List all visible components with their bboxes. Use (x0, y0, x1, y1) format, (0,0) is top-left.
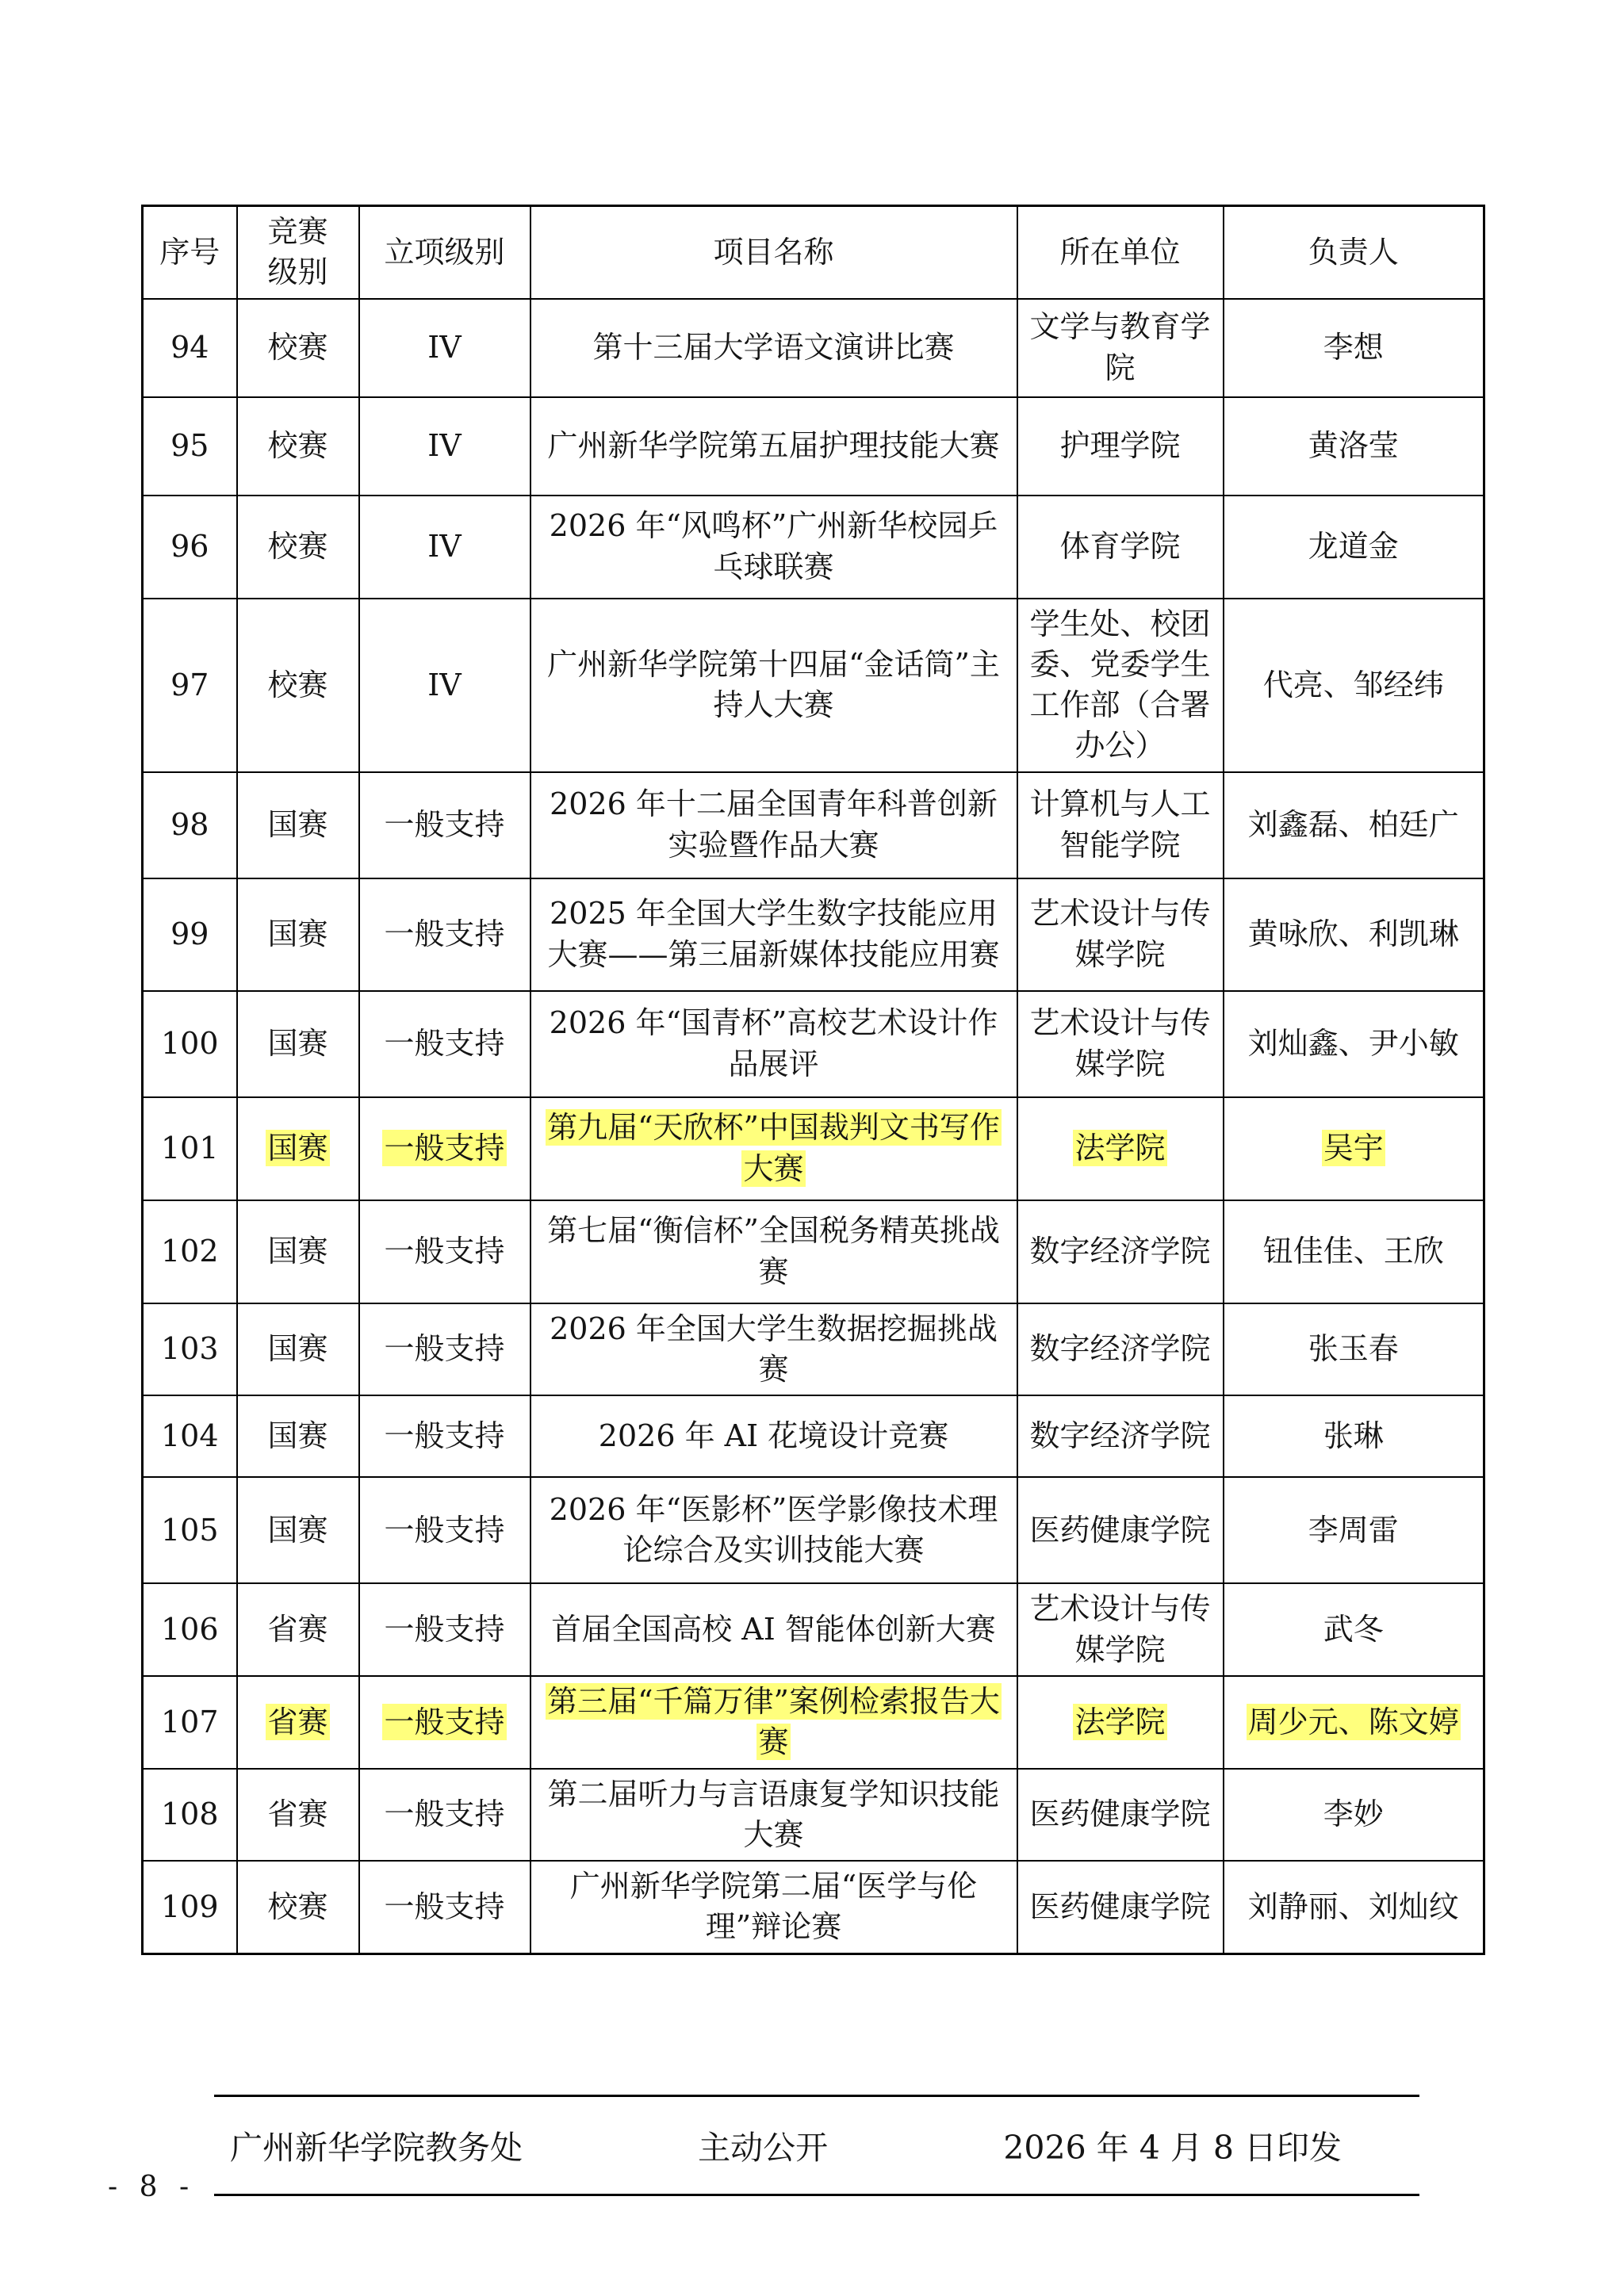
footer-issuer: 广州新华学院教务处 (230, 2122, 523, 2168)
row-person: 钮佳佳、王欣 (1262, 1233, 1446, 1269)
row-level: 省赛 (266, 1796, 329, 1832)
document-page: 序号 竞赛 级别 立项级别 项目名称 所在单位 负责人 94 校赛 IV 第十三… (0, 0, 1624, 2296)
table-row: 95 校赛 IV 广州新华学院第五届护理技能大赛 护理学院 黄洛莹 (143, 397, 1484, 496)
footer-date: 2026 年 4 月 8 日印发 (1003, 2122, 1342, 2168)
cell-name: 2026 年“风鸣杯”广州新华校园乒乓球联赛 (530, 496, 1017, 599)
row-grade: 一般支持 (382, 1512, 506, 1548)
row-level: 国赛 (266, 916, 329, 952)
row-unit: 护理学院 (1058, 427, 1182, 464)
row-no: 105 (159, 1512, 220, 1548)
row-grade: 一般支持 (382, 1130, 506, 1166)
row-unit: 文学与教育学院 (1028, 308, 1212, 385)
cell-level: 校赛 (237, 599, 359, 772)
cell-unit: 数字经济学院 (1017, 1395, 1224, 1477)
table-row: 96 校赛 IV 2026 年“风鸣杯”广州新华校园乒乓球联赛 体育学院 龙道金 (143, 496, 1484, 599)
row-grade: IV (426, 329, 462, 365)
document-body: 序号 竞赛 级别 立项级别 项目名称 所在单位 负责人 94 校赛 IV 第十三… (141, 205, 1483, 2196)
row-no: 101 (159, 1130, 220, 1166)
row-grade: 一般支持 (382, 806, 506, 843)
cell-name: 广州新华学院第二届“医学与伦理”辩论赛 (530, 1861, 1017, 1954)
row-unit: 法学院 (1073, 1130, 1166, 1166)
row-level: 省赛 (266, 1704, 329, 1740)
cell-unit: 体育学院 (1017, 496, 1224, 599)
row-no: 95 (169, 427, 210, 464)
row-no: 97 (169, 667, 210, 703)
row-person: 武冬 (1322, 1611, 1385, 1647)
cell-grade: IV (359, 599, 530, 772)
cell-level: 省赛 (237, 1676, 359, 1769)
cell-level: 省赛 (237, 1583, 359, 1676)
cell-level: 国赛 (237, 1477, 359, 1583)
row-no: 96 (169, 528, 210, 564)
cell-name: 2026 年 AI 花境设计竞赛 (530, 1395, 1017, 1477)
cell-name: 2026 年“医影杯”医学影像技术理论综合及实训技能大赛 (530, 1477, 1017, 1583)
cell-name: 2026 年十二届全国青年科普创新实验暨作品大赛 (530, 772, 1017, 878)
row-name: 首届全国高校 AI 智能体创新大赛 (550, 1611, 998, 1647)
row-unit: 计算机与人工智能学院 (1028, 786, 1212, 863)
row-name: 2026 年十二届全国青年科普创新实验暨作品大赛 (548, 786, 999, 863)
row-grade: IV (426, 528, 462, 564)
row-unit: 医药健康学院 (1028, 1888, 1212, 1925)
row-name: 广州新华学院第五届护理技能大赛 (546, 427, 1001, 464)
cell-unit: 艺术设计与传媒学院 (1017, 991, 1224, 1097)
cell-unit: 文学与教育学院 (1017, 299, 1224, 397)
col-header-person-label: 负责人 (1307, 234, 1400, 270)
row-person: 张玉春 (1307, 1330, 1400, 1367)
table-row: 106 省赛 一般支持 首届全国高校 AI 智能体创新大赛 艺术设计与传媒学院 … (143, 1583, 1484, 1676)
row-no: 100 (159, 1025, 220, 1062)
cell-name: 2026 年全国大学生数据挖掘挑战赛 (530, 1303, 1017, 1396)
row-grade: IV (426, 427, 462, 464)
table-row: 98 国赛 一般支持 2026 年十二届全国青年科普创新实验暨作品大赛 计算机与… (143, 772, 1484, 878)
row-no: 107 (159, 1704, 220, 1740)
cell-grade: 一般支持 (359, 991, 530, 1097)
cell-name: 2026 年“国青杯”高校艺术设计作品展评 (530, 991, 1017, 1097)
cell-unit: 数字经济学院 (1017, 1200, 1224, 1303)
cell-person: 吴宇 (1224, 1097, 1484, 1200)
row-person: 李周雷 (1307, 1512, 1400, 1548)
row-level: 校赛 (266, 329, 329, 365)
row-person: 代亮、邹经纬 (1262, 667, 1446, 703)
row-unit: 数字经济学院 (1028, 1233, 1212, 1269)
row-person: 吴宇 (1322, 1130, 1385, 1166)
cell-no: 108 (143, 1769, 237, 1862)
cell-grade: 一般支持 (359, 1303, 530, 1396)
cell-unit: 艺术设计与传媒学院 (1017, 1583, 1224, 1676)
cell-no: 102 (143, 1200, 237, 1303)
row-grade: 一般支持 (382, 1888, 506, 1925)
col-header-name-label: 项目名称 (711, 234, 835, 270)
row-person: 刘鑫磊、柏廷广 (1247, 806, 1461, 843)
row-grade: IV (426, 667, 462, 703)
table-row: 105 国赛 一般支持 2026 年“医影杯”医学影像技术理论综合及实训技能大赛… (143, 1477, 1484, 1583)
cell-name: 第九届“天欣杯”中国裁判文书写作大赛 (530, 1097, 1017, 1200)
cell-level: 国赛 (237, 1395, 359, 1477)
header-row: 序号 竞赛 级别 立项级别 项目名称 所在单位 负责人 (143, 206, 1484, 299)
cell-no: 101 (143, 1097, 237, 1200)
row-no: 98 (169, 806, 210, 843)
cell-no: 109 (143, 1861, 237, 1954)
row-name: 广州新华学院第十四届“金话筒”主持人大赛 (546, 646, 1002, 723)
row-person: 张琳 (1322, 1418, 1385, 1454)
cell-name: 广州新华学院第五届护理技能大赛 (530, 397, 1017, 496)
row-name: 第九届“天欣杯”中国裁判文书写作大赛 (546, 1109, 1002, 1186)
cell-level: 国赛 (237, 1200, 359, 1303)
cell-no: 97 (143, 599, 237, 772)
cell-person: 武冬 (1224, 1583, 1484, 1676)
row-unit: 体育学院 (1058, 528, 1182, 564)
row-no: 94 (169, 329, 210, 365)
row-unit: 医药健康学院 (1028, 1796, 1212, 1832)
row-person: 李妙 (1322, 1796, 1385, 1832)
row-grade: 一般支持 (382, 916, 506, 952)
row-person: 黄洛莹 (1307, 427, 1400, 464)
row-no: 99 (169, 916, 210, 952)
row-level: 校赛 (266, 1888, 329, 1925)
row-name: 2026 年 AI 花境设计竞赛 (597, 1418, 950, 1454)
table-row-highlighted: 107 省赛 一般支持 第三届“千篇万律”案例检索报告大赛 法学院 周少元、陈文… (143, 1676, 1484, 1769)
cell-name: 广州新华学院第十四届“金话筒”主持人大赛 (530, 599, 1017, 772)
row-name: 第十三届大学语文演讲比赛 (591, 329, 956, 365)
table-row: 103 国赛 一般支持 2026 年全国大学生数据挖掘挑战赛 数字经济学院 张玉… (143, 1303, 1484, 1396)
row-person: 龙道金 (1307, 528, 1400, 564)
cell-person: 李想 (1224, 299, 1484, 397)
row-level: 校赛 (266, 528, 329, 564)
row-person: 李想 (1322, 329, 1385, 365)
cell-person: 钮佳佳、王欣 (1224, 1200, 1484, 1303)
cell-grade: IV (359, 496, 530, 599)
cell-level: 省赛 (237, 1769, 359, 1862)
cell-level: 校赛 (237, 299, 359, 397)
table-row: 100 国赛 一般支持 2026 年“国青杯”高校艺术设计作品展评 艺术设计与传… (143, 991, 1484, 1097)
row-person: 刘静丽、刘灿纹 (1247, 1888, 1461, 1925)
cell-no: 96 (143, 496, 237, 599)
cell-person: 刘鑫磊、柏廷广 (1224, 772, 1484, 878)
row-person: 周少元、陈文婷 (1247, 1704, 1461, 1740)
col-header-no: 序号 (143, 206, 237, 299)
col-header-grade: 立项级别 (359, 206, 530, 299)
cell-unit: 医药健康学院 (1017, 1477, 1224, 1583)
cell-no: 98 (143, 772, 237, 878)
cell-unit: 艺术设计与传媒学院 (1017, 878, 1224, 991)
row-grade: 一般支持 (382, 1025, 506, 1062)
row-no: 103 (159, 1330, 220, 1367)
cell-grade: IV (359, 299, 530, 397)
table-body: 94 校赛 IV 第十三届大学语文演讲比赛 文学与教育学院 李想 95 校赛 I… (143, 299, 1484, 1954)
cell-no: 99 (143, 878, 237, 991)
cell-level: 校赛 (237, 1861, 359, 1954)
cell-grade: 一般支持 (359, 1395, 530, 1477)
col-header-name: 项目名称 (530, 206, 1017, 299)
row-name: 2026 年“风鸣杯”广州新华校园乒乓球联赛 (548, 507, 1000, 584)
row-name: 广州新华学院第二届“医学与伦理”辩论赛 (569, 1868, 979, 1945)
row-name: 第二届听力与言语康复学知识技能大赛 (546, 1776, 1001, 1853)
row-name: 第三届“千篇万律”案例检索报告大赛 (546, 1683, 1002, 1760)
cell-no: 106 (143, 1583, 237, 1676)
cell-name: 第三届“千篇万律”案例检索报告大赛 (530, 1676, 1017, 1769)
cell-grade: 一般支持 (359, 1200, 530, 1303)
col-header-grade-label: 立项级别 (382, 234, 506, 270)
cell-person: 龙道金 (1224, 496, 1484, 599)
row-grade: 一般支持 (382, 1330, 506, 1367)
cell-level: 国赛 (237, 1303, 359, 1396)
row-unit: 数字经济学院 (1028, 1330, 1212, 1367)
row-unit: 数字经济学院 (1028, 1418, 1212, 1454)
row-unit: 艺术设计与传媒学院 (1028, 895, 1212, 972)
cell-no: 100 (143, 991, 237, 1097)
page-number: - 8 - (108, 2171, 195, 2203)
row-no: 102 (159, 1233, 220, 1269)
table-row-highlighted: 101 国赛 一般支持 第九届“天欣杯”中国裁判文书写作大赛 法学院 吴宇 (143, 1097, 1484, 1200)
cell-no: 103 (143, 1303, 237, 1396)
table-row: 109 校赛 一般支持 广州新华学院第二届“医学与伦理”辩论赛 医药健康学院 刘… (143, 1861, 1484, 1954)
row-name: 2026 年“医影杯”医学影像技术理论综合及实训技能大赛 (548, 1491, 1000, 1568)
cell-grade: 一般支持 (359, 878, 530, 991)
table-row: 108 省赛 一般支持 第二届听力与言语康复学知识技能大赛 医药健康学院 李妙 (143, 1769, 1484, 1862)
row-level: 国赛 (266, 1418, 329, 1454)
cell-level: 国赛 (237, 772, 359, 878)
row-no: 108 (159, 1796, 220, 1832)
cell-grade: 一般支持 (359, 1769, 530, 1862)
cell-person: 李周雷 (1224, 1477, 1484, 1583)
row-name: 2026 年全国大学生数据挖掘挑战赛 (548, 1311, 999, 1387)
cell-name: 2025 年全国大学生数字技能应用大赛——第三届新媒体技能应用赛 (530, 878, 1017, 991)
row-unit: 法学院 (1073, 1704, 1166, 1740)
cell-person: 周少元、陈文婷 (1224, 1676, 1484, 1769)
cell-unit: 计算机与人工智能学院 (1017, 772, 1224, 878)
cell-grade: IV (359, 397, 530, 496)
row-name: 第七届“衡信杯”全国税务精英挑战赛 (546, 1212, 1002, 1289)
cell-grade: 一般支持 (359, 1097, 530, 1200)
cell-name: 首届全国高校 AI 智能体创新大赛 (530, 1583, 1017, 1676)
col-header-level-label: 竞赛 级别 (266, 213, 329, 290)
cell-no: 104 (143, 1395, 237, 1477)
col-header-unit: 所在单位 (1017, 206, 1224, 299)
cell-person: 黄洛莹 (1224, 397, 1484, 496)
projects-table: 序号 竞赛 级别 立项级别 项目名称 所在单位 负责人 94 校赛 IV 第十三… (141, 205, 1485, 1955)
cell-unit: 学生处、校团委、党委学生工作部（合署办公） (1017, 599, 1224, 772)
row-unit: 艺术设计与传媒学院 (1028, 1590, 1212, 1667)
cell-person: 张玉春 (1224, 1303, 1484, 1396)
row-level: 国赛 (266, 1233, 329, 1269)
cell-person: 刘静丽、刘灿纹 (1224, 1861, 1484, 1954)
row-level: 国赛 (266, 1512, 329, 1548)
row-grade: 一般支持 (382, 1611, 506, 1647)
row-name: 2025 年全国大学生数字技能应用大赛——第三届新媒体技能应用赛 (546, 895, 1001, 972)
cell-name: 第七届“衡信杯”全国税务精英挑战赛 (530, 1200, 1017, 1303)
footer-disclosure: 主动公开 (698, 2122, 828, 2168)
cell-no: 95 (143, 397, 237, 496)
cell-level: 校赛 (237, 397, 359, 496)
row-grade: 一般支持 (382, 1796, 506, 1832)
cell-person: 李妙 (1224, 1769, 1484, 1862)
row-level: 国赛 (266, 1330, 329, 1367)
cell-grade: 一般支持 (359, 772, 530, 878)
col-header-level: 竞赛 级别 (237, 206, 359, 299)
cell-grade: 一般支持 (359, 1477, 530, 1583)
table-row: 94 校赛 IV 第十三届大学语文演讲比赛 文学与教育学院 李想 (143, 299, 1484, 397)
issuance-footer: 广州新华学院教务处 主动公开 2026 年 4 月 8 日印发 (214, 2095, 1419, 2196)
row-person: 黄咏欣、利凯琳 (1247, 916, 1461, 952)
cell-level: 国赛 (237, 1097, 359, 1200)
cell-person: 张琳 (1224, 1395, 1484, 1477)
row-person: 刘灿鑫、尹小敏 (1247, 1025, 1461, 1062)
row-level: 校赛 (266, 427, 329, 464)
row-level: 省赛 (266, 1611, 329, 1647)
cell-level: 校赛 (237, 496, 359, 599)
cell-name: 第二届听力与言语康复学知识技能大赛 (530, 1769, 1017, 1862)
cell-no: 105 (143, 1477, 237, 1583)
cell-no: 107 (143, 1676, 237, 1769)
row-level: 国赛 (266, 1130, 329, 1166)
cell-unit: 护理学院 (1017, 397, 1224, 496)
cell-grade: 一般支持 (359, 1676, 530, 1769)
cell-unit: 数字经济学院 (1017, 1303, 1224, 1396)
row-level: 国赛 (266, 806, 329, 843)
table-row: 97 校赛 IV 广州新华学院第十四届“金话筒”主持人大赛 学生处、校团委、党委… (143, 599, 1484, 772)
row-grade: 一般支持 (382, 1418, 506, 1454)
row-no: 104 (159, 1418, 220, 1454)
row-name: 2026 年“国青杯”高校艺术设计作品展评 (548, 1004, 1000, 1081)
cell-unit: 法学院 (1017, 1097, 1224, 1200)
col-header-person: 负责人 (1224, 206, 1484, 299)
row-unit: 艺术设计与传媒学院 (1028, 1004, 1212, 1081)
row-no: 109 (159, 1888, 220, 1925)
cell-unit: 医药健康学院 (1017, 1769, 1224, 1862)
table-row: 102 国赛 一般支持 第七届“衡信杯”全国税务精英挑战赛 数字经济学院 钮佳佳… (143, 1200, 1484, 1303)
cell-grade: 一般支持 (359, 1583, 530, 1676)
row-grade: 一般支持 (382, 1233, 506, 1269)
row-grade: 一般支持 (382, 1704, 506, 1740)
cell-person: 代亮、邹经纬 (1224, 599, 1484, 772)
row-no: 106 (159, 1611, 220, 1647)
cell-person: 黄咏欣、利凯琳 (1224, 878, 1484, 991)
cell-grade: 一般支持 (359, 1861, 530, 1954)
col-header-unit-label: 所在单位 (1058, 234, 1182, 270)
cell-level: 国赛 (237, 878, 359, 991)
cell-person: 刘灿鑫、尹小敏 (1224, 991, 1484, 1097)
cell-level: 国赛 (237, 991, 359, 1097)
cell-unit: 医药健康学院 (1017, 1861, 1224, 1954)
table-row: 104 国赛 一般支持 2026 年 AI 花境设计竞赛 数字经济学院 张琳 (143, 1395, 1484, 1477)
cell-name: 第十三届大学语文演讲比赛 (530, 299, 1017, 397)
row-unit: 医药健康学院 (1028, 1512, 1212, 1548)
row-unit: 学生处、校团委、党委学生工作部（合署办公） (1028, 606, 1212, 764)
cell-unit: 法学院 (1017, 1676, 1224, 1769)
table-header: 序号 竞赛 级别 立项级别 项目名称 所在单位 负责人 (143, 206, 1484, 299)
cell-no: 94 (143, 299, 237, 397)
col-header-no-label: 序号 (158, 234, 221, 270)
row-level: 国赛 (266, 1025, 329, 1062)
table-row: 99 国赛 一般支持 2025 年全国大学生数字技能应用大赛——第三届新媒体技能… (143, 878, 1484, 991)
row-level: 校赛 (266, 667, 329, 703)
